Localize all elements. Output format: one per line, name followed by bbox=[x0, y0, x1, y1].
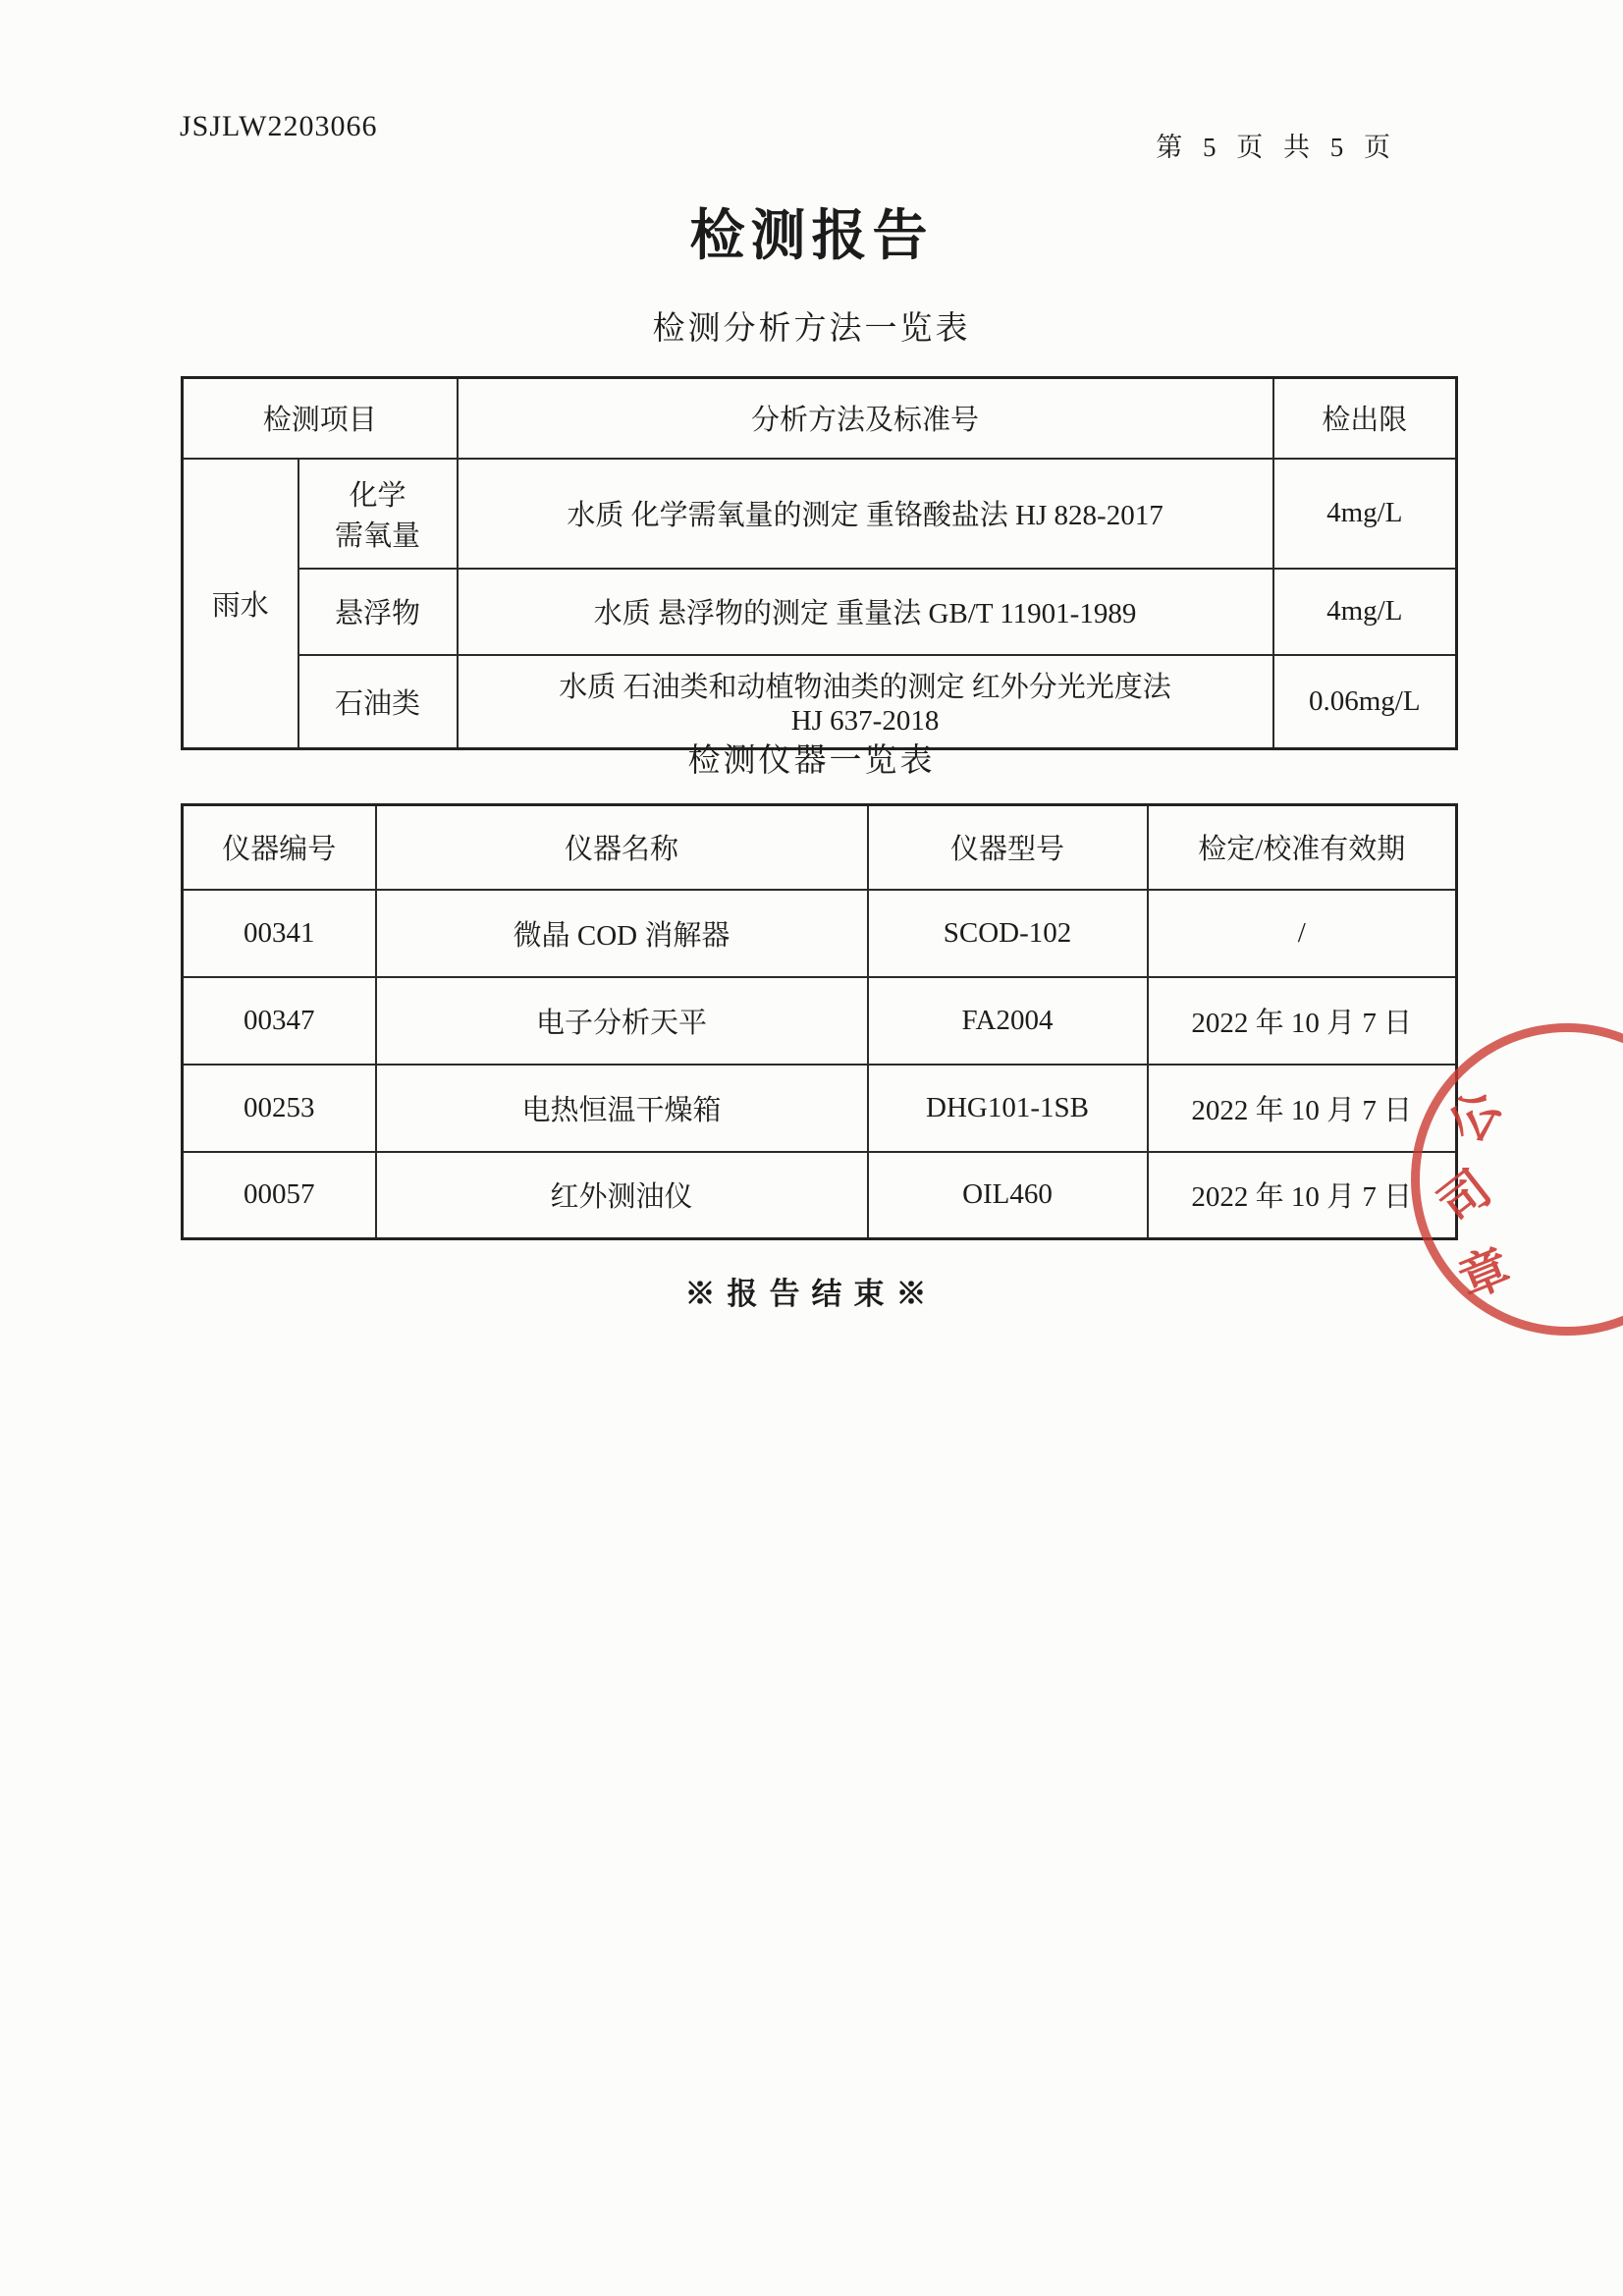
method-standard-cell: 水质 化学需氧量的测定 重铬酸盐法 HJ 828-2017 bbox=[458, 459, 1273, 569]
table-row: 00347 电子分析天平 FA2004 2022 年 10 月 7 日 bbox=[183, 977, 1457, 1065]
company-seal-stamp: 公 司 章 bbox=[1411, 1023, 1623, 1336]
instrument-model-cell: DHG101-1SB bbox=[868, 1065, 1148, 1152]
instruments-header-row: 仪器编号 仪器名称 仪器型号 检定/校准有效期 bbox=[183, 805, 1457, 890]
instruments-header-model: 仪器型号 bbox=[868, 805, 1148, 890]
page-indicator: 第 5 页 共 5 页 bbox=[1156, 126, 1397, 164]
table-row: 雨水 化学 需氧量 水质 化学需氧量的测定 重铬酸盐法 HJ 828-2017 … bbox=[183, 459, 1457, 569]
instruments-table: 仪器编号 仪器名称 仪器型号 检定/校准有效期 00341 微晶 COD 消解器… bbox=[181, 803, 1458, 1240]
sample-group-label: 雨水 bbox=[183, 459, 298, 749]
methods-header-method: 分析方法及标准号 bbox=[458, 378, 1273, 459]
method-standard-cell: 水质 悬浮物的测定 重量法 GB/T 11901-1989 bbox=[458, 569, 1273, 655]
table-row: 00057 红外测油仪 OIL460 2022 年 10 月 7 日 bbox=[183, 1152, 1457, 1239]
document-title: 检测报告 bbox=[0, 192, 1623, 271]
instrument-id-cell: 00347 bbox=[183, 977, 376, 1065]
methods-header-item: 检测项目 bbox=[183, 378, 458, 459]
instrument-name-cell: 电子分析天平 bbox=[376, 977, 868, 1065]
instruments-table-caption: 检测仪器一览表 bbox=[0, 735, 1623, 781]
instruments-header-name: 仪器名称 bbox=[376, 805, 868, 890]
methods-table: 检测项目 分析方法及标准号 检出限 雨水 化学 需氧量 水质 化学需氧量的测定 … bbox=[181, 376, 1458, 750]
method-item-cell: 化学 需氧量 bbox=[298, 459, 458, 569]
detection-limit-cell: 4mg/L bbox=[1273, 459, 1457, 569]
instrument-validity-cell: / bbox=[1148, 890, 1457, 977]
instrument-model-cell: SCOD-102 bbox=[868, 890, 1148, 977]
instrument-id-cell: 00253 bbox=[183, 1065, 376, 1152]
instruments-header-validity: 检定/校准有效期 bbox=[1148, 805, 1457, 890]
instrument-name-cell: 电热恒温干燥箱 bbox=[376, 1065, 868, 1152]
instruments-header-id: 仪器编号 bbox=[183, 805, 376, 890]
methods-header-limit: 检出限 bbox=[1273, 378, 1457, 459]
methods-table-caption: 检测分析方法一览表 bbox=[0, 302, 1623, 349]
report-number: JSJLW2203066 bbox=[180, 110, 377, 143]
method-item-cell: 悬浮物 bbox=[298, 569, 458, 655]
instrument-name-cell: 红外测油仪 bbox=[376, 1152, 868, 1239]
instrument-id-cell: 00341 bbox=[183, 890, 376, 977]
table-row: 00253 电热恒温干燥箱 DHG101-1SB 2022 年 10 月 7 日 bbox=[183, 1065, 1457, 1152]
detection-limit-cell: 4mg/L bbox=[1273, 569, 1457, 655]
report-end-note: ※报告结束※ bbox=[0, 1269, 1623, 1313]
table-row: 00341 微晶 COD 消解器 SCOD-102 / bbox=[183, 890, 1457, 977]
instrument-model-cell: OIL460 bbox=[868, 1152, 1148, 1239]
instrument-model-cell: FA2004 bbox=[868, 977, 1148, 1065]
methods-header-row: 检测项目 分析方法及标准号 检出限 bbox=[183, 378, 1457, 459]
instrument-id-cell: 00057 bbox=[183, 1152, 376, 1239]
instrument-name-cell: 微晶 COD 消解器 bbox=[376, 890, 868, 977]
table-row: 悬浮物 水质 悬浮物的测定 重量法 GB/T 11901-1989 4mg/L bbox=[183, 569, 1457, 655]
report-page: JSJLW2203066 第 5 页 共 5 页 检测报告 检测分析方法一览表 … bbox=[0, 0, 1623, 2296]
